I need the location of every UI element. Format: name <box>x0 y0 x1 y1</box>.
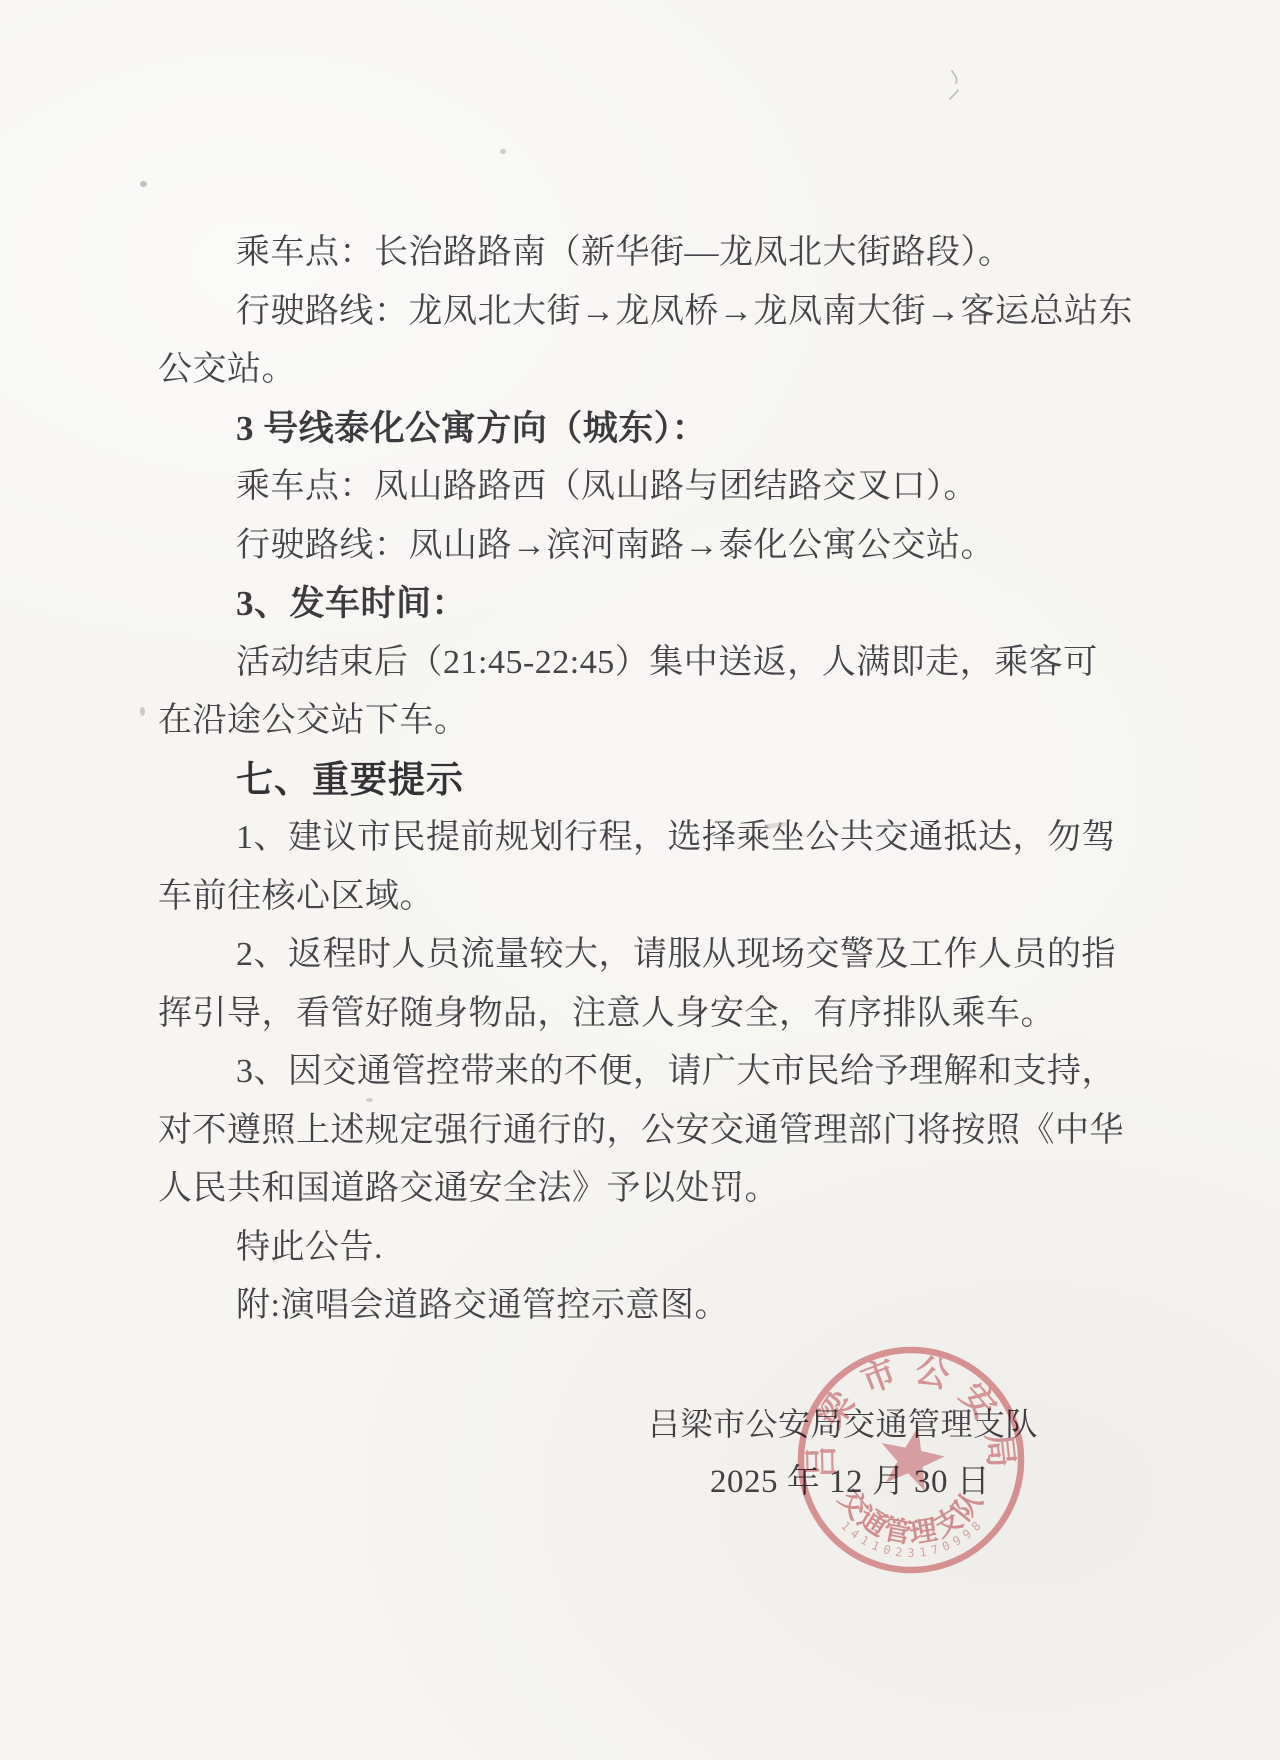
closing-line: 特此公告. <box>158 1219 1133 1278</box>
attachment-line: 附:演唱会道路交通管控示意图。 <box>158 1277 1133 1336</box>
scan-artifact <box>944 68 966 108</box>
notice-line: 对不遵照上述规定强行通行的，公安交通管理部门将按照《中华 <box>158 1102 1133 1161</box>
section-heading-departure-time: 3、发车时间： <box>158 575 1133 634</box>
notice-line: 活动结束后（21:45-22:45）集中送返，人满即走，乘客可 <box>158 634 1133 693</box>
notice-line: 1、建议市民提前规划行程，选择乘坐公共交通抵达，勿驾 <box>158 809 1133 868</box>
scan-artifact <box>140 181 147 187</box>
notice-line: 乘车点：长治路路南（新华街—龙凤北大街路段）。 <box>158 224 1133 283</box>
scan-artifact <box>140 707 145 716</box>
notice-line: 人民共和国道路交通安全法》予以处罚。 <box>158 1160 1133 1219</box>
scanned-notice-page: 乘车点：长治路路南（新华街—龙凤北大街路段）。 行驶路线：龙凤北大街→龙凤桥→龙… <box>0 0 1280 1760</box>
notice-line: 行驶路线：凤山路→滨河南路→泰化公寓公交站。 <box>158 517 1133 576</box>
svg-text:交通管理支队: 交通管理支队 <box>832 1484 989 1550</box>
notice-line: 挥引导，看管好随身物品，注意人身安全，有序排队乘车。 <box>158 985 1133 1044</box>
notice-line: 2、返程时人员流量较大，请服从现场交警及工作人员的指 <box>158 926 1133 985</box>
seal-banner-text: 交通管理支队 <box>832 1484 989 1550</box>
official-seal: 吕梁市公安局 交通管理支队 1411023170998 <box>791 1340 1031 1580</box>
seal-star-icon <box>874 1420 950 1494</box>
notice-line: 乘车点：凤山路路西（凤山路与团结路交叉口）。 <box>158 458 1133 517</box>
notice-line: 3、因交通管控带来的不便，请广大市民给予理解和支持， <box>158 1043 1133 1102</box>
notice-line: 在沿途公交站下车。 <box>158 692 1133 751</box>
section-heading-line3: 3 号线泰化公寓方向（城东）： <box>158 400 1133 459</box>
notice-line: 公交站。 <box>158 341 1133 400</box>
notice-line: 行驶路线：龙凤北大街→龙凤桥→龙凤南大街→客运总站东 <box>158 283 1133 342</box>
scan-artifact <box>500 149 506 154</box>
notice-body: 乘车点：长治路路南（新华街—龙凤北大街路段）。 行驶路线：龙凤北大街→龙凤桥→龙… <box>158 224 1133 1336</box>
section-heading-important-notes: 七、重要提示 <box>158 751 1133 810</box>
notice-line: 车前往核心区域。 <box>158 868 1133 927</box>
